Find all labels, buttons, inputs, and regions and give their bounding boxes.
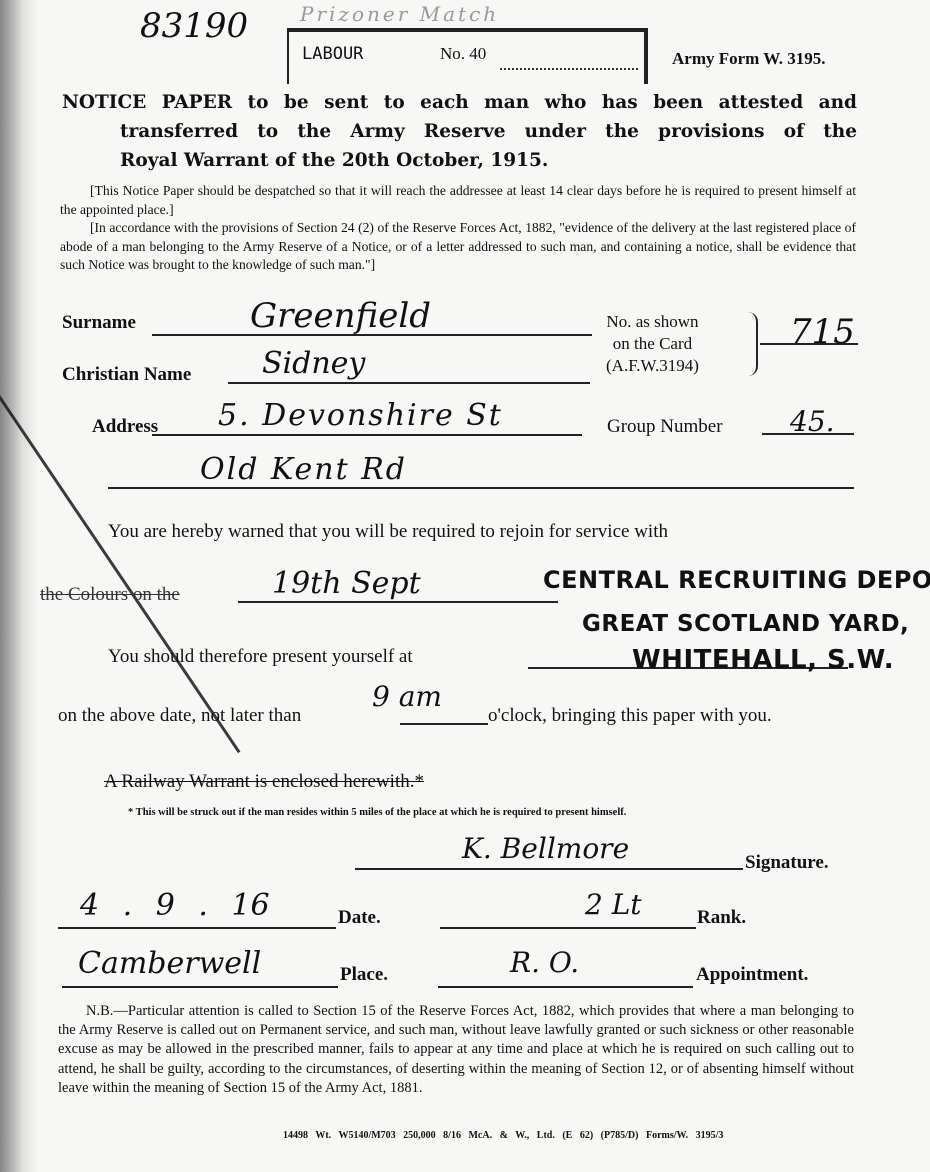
- group-number-value: 45.: [790, 405, 835, 438]
- time-prefix: on the above date, not later than: [58, 705, 301, 727]
- address-underline-2: [108, 487, 854, 489]
- instruction-despatch: [This Notice Paper should be despatched …: [60, 182, 856, 219]
- stamp-value: No. 40: [440, 44, 486, 64]
- rank-label: Rank.: [697, 907, 746, 929]
- address-line-2: Old Kent Rd: [200, 452, 407, 487]
- nb-paragraph: N.B.—Particular attention is called to S…: [58, 1002, 854, 1098]
- stamp-label: LABOUR: [302, 44, 363, 64]
- christian-name-label: Christian Name: [62, 364, 191, 386]
- card-number-label: No. as shown on the Card (A.F.W.3194): [606, 311, 699, 377]
- time-underline: [400, 723, 488, 725]
- handwritten-reference-number: 83190: [140, 6, 248, 46]
- colours-label: the Colours on the: [40, 584, 180, 606]
- faded-annotation: Prizoner Match: [300, 2, 499, 26]
- heading-line-2: transferred to the Army Reserve under th…: [62, 117, 857, 146]
- surname-label: Surname: [62, 312, 136, 334]
- time-value: 9 am: [372, 680, 442, 713]
- warning-text: You are hereby warned that you will be r…: [108, 521, 668, 543]
- rank-underline: [440, 927, 696, 929]
- signature-underline: [355, 868, 743, 870]
- instruction-evidence: [In accordance with the provisions of Se…: [60, 219, 856, 275]
- card-number-value: 715: [790, 312, 855, 352]
- appointment-label: Appointment.: [696, 964, 808, 986]
- appointment-underline: [438, 986, 693, 988]
- signature-value: K. Bellmore: [462, 832, 629, 865]
- date-underline: [58, 927, 336, 929]
- depot-stamp-line-3: WHITEHALL, S.W.: [632, 645, 894, 675]
- place-underline: [62, 986, 338, 988]
- form-number: Army Form W. 3195.: [672, 49, 825, 69]
- address-label: Address: [92, 416, 158, 438]
- printer-imprint: 14498 Wt. W5140/M703 250,000 8/16 McA. &…: [283, 1130, 723, 1141]
- scan-edge-shadow: [0, 0, 38, 1172]
- address-line-1: 5. Devonshire St: [218, 398, 503, 433]
- surname-value: Greenfield: [250, 296, 431, 336]
- place-label: Place.: [340, 964, 388, 986]
- depot-stamp-line-2: GREAT SCOTLAND YARD,: [582, 611, 909, 637]
- stamp-dotted-line: [500, 68, 638, 70]
- time-suffix: o'clock, bringing this paper with you.: [488, 705, 772, 727]
- card-number-brace: [748, 312, 758, 376]
- instructions: [This Notice Paper should be despatched …: [60, 182, 856, 275]
- signature-label: Signature.: [745, 852, 829, 874]
- heading-line-1: NOTICE PAPER to be sent to each man who …: [62, 88, 857, 117]
- appointment-value: R. O.: [510, 946, 579, 979]
- railway-footnote: * This will be struck out if the man res…: [128, 807, 626, 818]
- address-underline-1: [152, 434, 582, 436]
- army-form-w3195: 83190 Prizoner Match LABOUR No. 40 Army …: [0, 0, 930, 1172]
- depot-stamp-line-1: CENTRAL RECRUITING DEPOT,: [543, 566, 930, 594]
- heading-line-3: Royal Warrant of the 20th October, 1915.: [62, 146, 857, 175]
- notice-heading: NOTICE PAPER to be sent to each man who …: [62, 88, 857, 175]
- railway-warrant-text: A Railway Warrant is enclosed herewith.*: [104, 771, 424, 793]
- group-number-label: Group Number: [607, 416, 723, 438]
- date-value: 4 . 9 . 16: [80, 888, 270, 923]
- rank-value: 2 Lt: [585, 888, 642, 921]
- present-label: You should therefore present yourself at: [108, 646, 413, 668]
- place-value: Camberwell: [78, 946, 261, 981]
- christian-name-value: Sidney: [262, 346, 365, 381]
- colours-date-underline: [238, 601, 558, 603]
- date-label: Date.: [338, 907, 381, 929]
- christian-name-underline: [228, 382, 590, 384]
- colours-date-value: 19th Sept: [272, 566, 421, 601]
